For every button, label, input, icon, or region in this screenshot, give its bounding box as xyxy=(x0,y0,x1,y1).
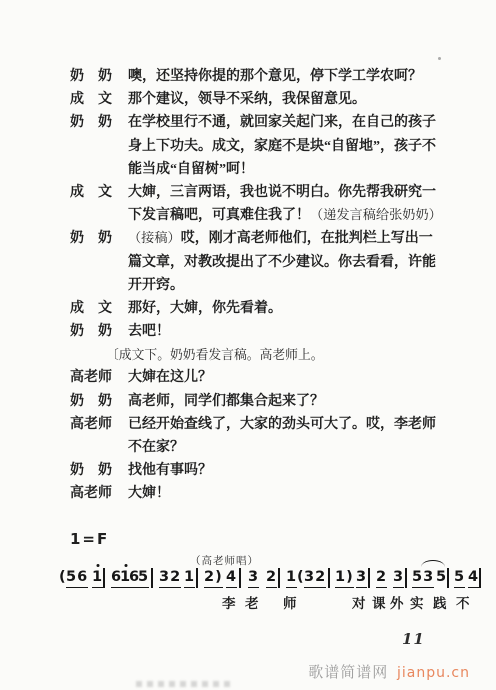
script-line: 高老师大婶！ xyxy=(0,479,496,502)
watermark: 歌谱简谱网 jianpu.cn xyxy=(308,661,470,682)
note-3: 3 xyxy=(248,569,259,588)
key-signature: 1=F xyxy=(70,530,109,548)
lyric-char: 外 xyxy=(390,592,404,612)
speaker-name: 成 文 xyxy=(70,297,116,317)
note-1: 1 xyxy=(184,569,195,588)
dialogue-text: 开开窍。 xyxy=(128,274,184,294)
lyric-char: 师 xyxy=(283,592,297,612)
print-speck xyxy=(438,57,441,60)
dialogue-text: 〔成文下。奶奶看发言稿。高老师上。 xyxy=(106,344,324,363)
note-5: 5 xyxy=(138,569,149,588)
script-line: 成 文大婶，三言两语，我也说不明白。你先帮我研究一 xyxy=(0,178,496,201)
dialogue-text: （接稿）哎，刚才高老师他们，在批判栏上写出一 xyxy=(128,227,433,247)
dialogue-text: 身上下功夫。成文，家庭不是块“自留地”，孩子不 xyxy=(128,135,436,155)
dialogue-text: 噢，还坚持你提的那个意见，停下学工学农呵？ xyxy=(128,65,422,85)
note-4: 4 xyxy=(226,569,237,588)
dialogue-text: 能当成“自留树”呵！ xyxy=(128,158,254,178)
barline xyxy=(447,568,449,588)
speaker-name: 奶 奶 xyxy=(70,459,116,479)
script-line: 高老师大婶在这儿？ xyxy=(0,363,496,386)
lyric-char: 践 xyxy=(433,592,447,612)
dialogue-text: 高老师，同学们都集合起来了？ xyxy=(128,390,324,410)
note-2: 2 xyxy=(266,569,277,588)
note-3: 3 xyxy=(393,569,404,588)
lyric-char: 李 xyxy=(222,592,236,612)
singer-annotation: （高老师唱） xyxy=(190,553,259,568)
script-line: 奶 奶（接稿）哎，刚才高老师他们，在批判栏上写出一 xyxy=(0,224,496,247)
note-4: 4 xyxy=(468,569,479,588)
dialogue-text: 不在家？ xyxy=(128,436,184,456)
note-1p: 1) xyxy=(335,569,354,588)
sheet-music-script-page: 奶 奶噢，还坚持你提的那个意见，停下学工学农呵？成 文那个建议，领导不采纳，我保… xyxy=(0,0,496,690)
speaker-name: 成 文 xyxy=(70,181,116,201)
barline xyxy=(151,568,153,588)
barline xyxy=(368,568,370,588)
slur-arc xyxy=(421,560,445,568)
script-line: 身上下功夫。成文，家庭不是块“自留地”，孩子不 xyxy=(0,132,496,155)
lyric-char: 老 xyxy=(245,592,259,612)
lyric-char: 不 xyxy=(456,592,470,612)
note-56: 56 xyxy=(66,569,88,588)
dialogue-text: 去吧！ xyxy=(128,320,170,340)
dialogue-text: 大婶！ xyxy=(128,482,170,502)
script-line: 不在家？ xyxy=(0,433,496,456)
dialogue-script: 奶 奶噢，还坚持你提的那个意见，停下学工学农呵？成 文那个建议，领导不采纳，我保… xyxy=(0,62,496,503)
print-smudge xyxy=(136,681,230,687)
note-3: 3 xyxy=(356,569,367,588)
watermark-site-url: jianpu.cn xyxy=(397,665,470,681)
speaker-name: 奶 奶 xyxy=(70,65,116,85)
barline xyxy=(103,568,105,588)
barline xyxy=(239,568,241,588)
script-line: 开开窍。 xyxy=(0,271,496,294)
dialogue-text: 找他有事吗？ xyxy=(128,459,212,479)
lyric-char: 课 xyxy=(372,592,386,612)
script-line: 成 文那好，大婶，你先看着。 xyxy=(0,294,496,317)
lyrics-line: 李老师对课外实践不 xyxy=(0,592,496,610)
script-line: 奶 奶在学校里行不通，就回家关起门来，在自己的孩子 xyxy=(0,108,496,131)
note-1: 1 xyxy=(286,569,297,588)
note-32: 32 xyxy=(159,569,181,588)
lyric-char: 对 xyxy=(352,592,366,612)
speaker-name: 高老师 xyxy=(70,413,116,433)
dialogue-text: 已经开始查线了，大家的劲头可大了。哎，李老师 xyxy=(128,413,436,433)
dialogue-text: 那好，大婶，你先看着。 xyxy=(128,297,282,317)
barline xyxy=(196,568,198,588)
script-line: 高老师已经开始查线了，大家的劲头可大了。哎，李老师 xyxy=(0,410,496,433)
note-2p: 2) xyxy=(204,569,223,588)
barline xyxy=(405,568,407,588)
note-53: 53 xyxy=(412,569,434,588)
script-line: 能当成“自留树”呵！ xyxy=(0,155,496,178)
barline xyxy=(328,568,330,588)
speaker-name: 奶 奶 xyxy=(70,227,116,247)
page-number: 11 xyxy=(402,630,425,648)
dialogue-text: 篇文章，对教改提出了不少建议。你去看看，许能 xyxy=(128,251,436,271)
speaker-name: 奶 奶 xyxy=(70,390,116,410)
script-line: 下发言稿吧，可真难住我了！（递发言稿给张奶奶） xyxy=(0,201,496,224)
speaker-name: 奶 奶 xyxy=(70,111,116,131)
script-line: 篇文章，对教改提出了不少建议。你去看看，许能 xyxy=(0,248,496,271)
speaker-name: 高老师 xyxy=(70,482,116,502)
barline xyxy=(278,568,280,588)
dialogue-text: 在学校里行不通，就回家关起门来，在自己的孩子 xyxy=(128,111,436,131)
watermark-site-name: 歌谱简谱网 xyxy=(308,665,388,681)
note-32: 32 xyxy=(304,569,326,588)
script-line: 奶 奶找他有事吗？ xyxy=(0,456,496,479)
script-line: 奶 奶去吧！ xyxy=(0,317,496,340)
dialogue-text: 下发言稿吧，可真难住我了！（递发言稿给张奶奶） xyxy=(128,204,442,224)
jianpu-notation-line: (56161653212)4321(321)32353554 xyxy=(0,569,496,591)
note-1: 1 xyxy=(92,569,103,588)
lyric-char: 实 xyxy=(410,592,424,612)
dialogue-text: 那个建议，领导不采纳，我保留意见。 xyxy=(128,88,366,108)
note-5: 5 xyxy=(436,569,447,586)
stage-direction-line: 〔成文下。奶奶看发言稿。高老师上。 xyxy=(0,340,496,363)
speaker-name: 奶 奶 xyxy=(70,320,116,340)
note-5: 5 xyxy=(454,569,465,588)
script-line: 奶 奶噢，还坚持你提的那个意见，停下学工学农呵？ xyxy=(0,62,496,85)
speaker-name: 高老师 xyxy=(70,366,116,386)
note-2: 2 xyxy=(376,569,387,588)
speaker-name: 成 文 xyxy=(70,88,116,108)
barline xyxy=(479,568,481,588)
dialogue-text: 大婶在这儿？ xyxy=(128,366,212,386)
script-line: 奶 奶高老师，同学们都集合起来了？ xyxy=(0,387,496,410)
dialogue-text: 大婶，三言两语，我也说不明白。你先帮我研究一 xyxy=(128,181,436,201)
script-line: 成 文那个建议，领导不采纳，我保留意见。 xyxy=(0,85,496,108)
